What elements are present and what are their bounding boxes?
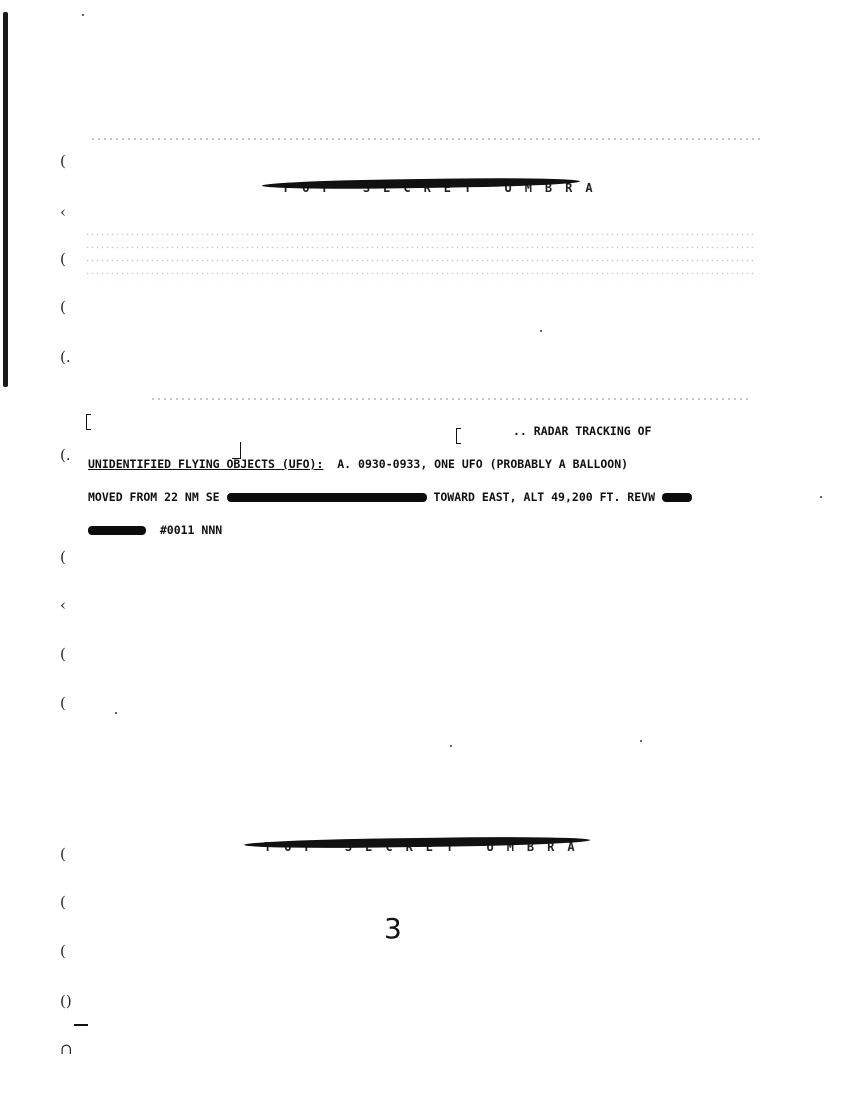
bracket-mark [232,442,241,459]
punch-hole-mark: ( [60,548,66,566]
punch-hole-mark: ( [60,152,66,170]
punch-hole-mark: () [60,992,72,1010]
message-line-2: UNIDENTIFIED FLYING OBJECTS (UFO): A. 09… [88,459,692,470]
punch-hole-mark: (. [60,446,71,464]
message-line-4: #0011 NNN [88,525,692,536]
punch-hole-mark: ‹ [60,203,66,221]
document-page: ( ‹ ( ( (. (. ( ‹ ( ( ( ( ( () ∩ TOP SEC… [0,0,850,1097]
message-subject: UNIDENTIFIED FLYING OBJECTS (UFO): [88,457,323,471]
punch-hole-mark: ( [60,694,66,712]
redaction-bar [227,493,427,502]
speck [540,330,542,332]
faded-line [150,398,750,400]
punch-hole-mark: ( [60,645,66,663]
faded-illegible-text [85,228,755,286]
redaction-bar [88,526,146,535]
punch-hole-mark: ( [60,893,66,911]
punch-hole-mark: ∩ [60,1040,73,1058]
speck [640,740,642,742]
punch-hole-mark: ( [60,845,66,863]
binding-edge [3,12,8,387]
classification-banner-top: TOP SECRET UMBRA [262,181,580,195]
bracket-mark [456,428,461,444]
punch-hole-mark: ( [60,298,66,316]
message-line-3: MOVED FROM 22 NM SE TOWARD EAST, ALT 49,… [88,492,692,503]
punch-hole-mark: (. [60,348,71,366]
speck [115,712,117,714]
punch-hole-mark: ‹ [60,596,66,614]
speck [450,745,452,747]
speck [82,14,84,16]
message-line-1: .. RADAR TRACKING OF [513,426,850,437]
redaction-bar [662,493,692,502]
page-number: 3 [384,912,402,945]
speck [820,496,822,498]
punch-hole-mark: ( [60,942,66,960]
message-body: .. RADAR TRACKING OF UNIDENTIFIED FLYING… [88,404,692,558]
mark-dash [74,1024,88,1026]
punch-hole-mark: ( [60,250,66,268]
classification-banner-bottom: TOP SECRET UMBRA [244,840,590,854]
faded-line [90,138,760,140]
bracket-mark [86,414,91,430]
